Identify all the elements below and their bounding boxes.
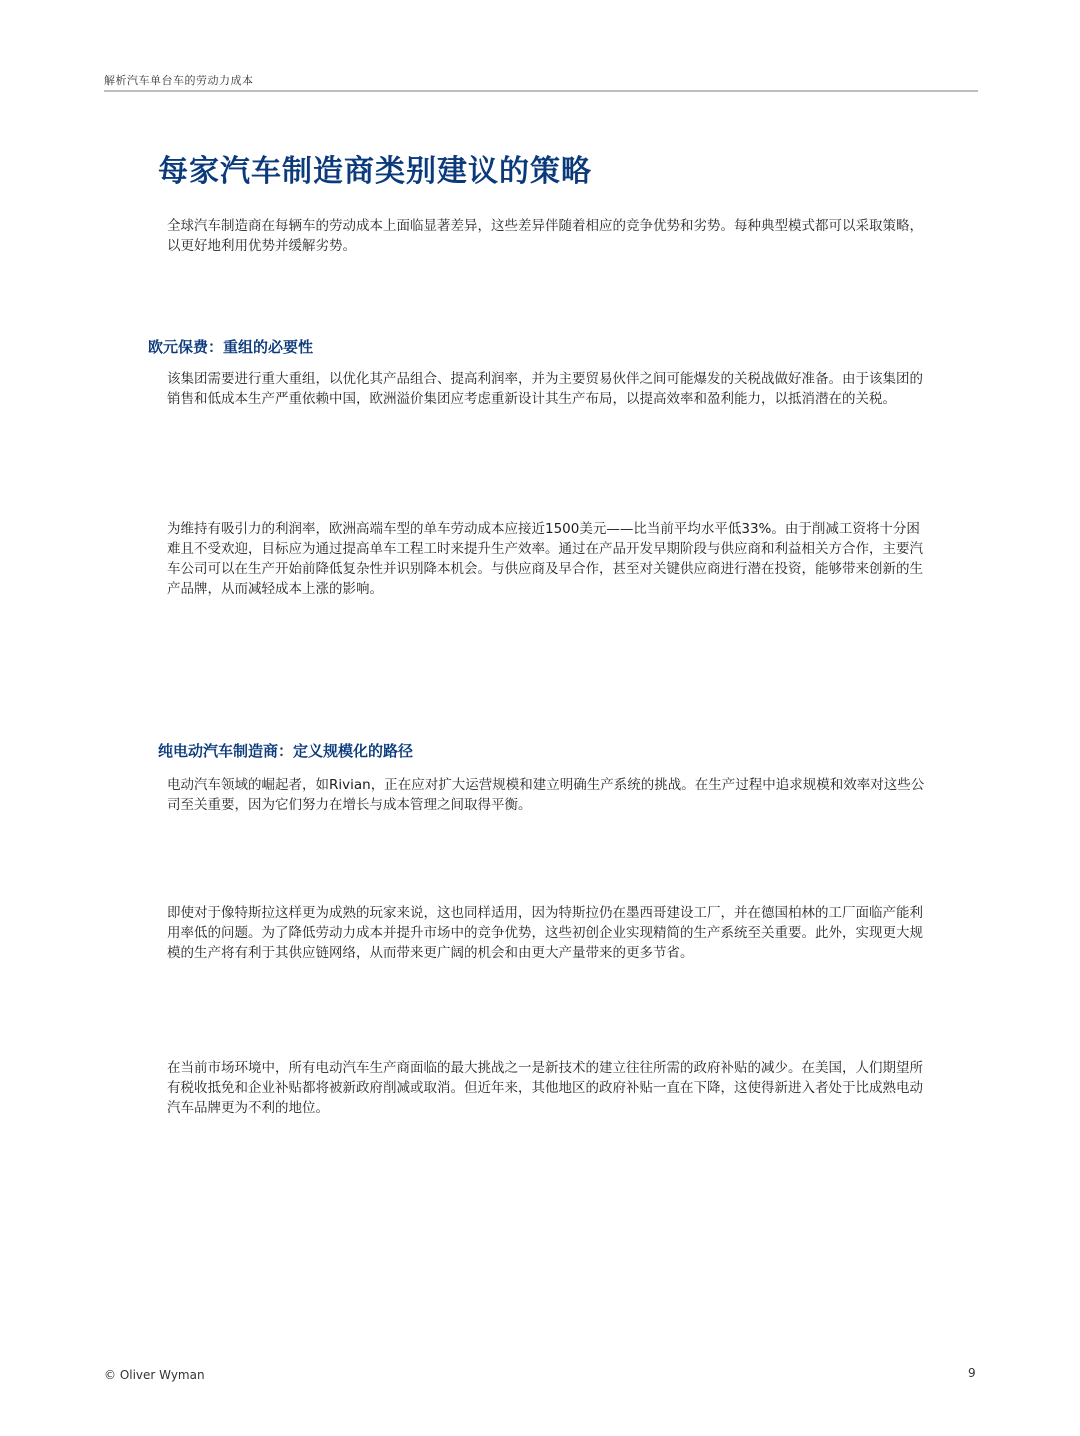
section-heading-euro-premium: 欧元保费：重组的必要性 xyxy=(148,336,313,357)
section-2-paragraph-3: 在当前市场环境中，所有电动汽车生产商面临的最大挑战之一是新技术的建立往往所需的政… xyxy=(167,1058,927,1118)
section-1-paragraph-1: 该集团需要进行重大重组，以优化其产品组合、提高利润率，并为主要贸易伙伴之间可能爆… xyxy=(167,369,927,409)
section-2-paragraph-2: 即使对于像特斯拉这样更为成熟的玩家来说，这也同样适用，因为特斯拉仍在墨西哥建设工… xyxy=(167,903,927,963)
section-1-paragraph-2: 为维持有吸引力的利润率，欧洲高端车型的单车劳动成本应接近1500美元——比当前平… xyxy=(167,519,927,599)
intro-paragraph: 全球汽车制造商在每辆车的劳动成本上面临显著差异，这些差异伴随着相应的竞争优势和劣… xyxy=(167,216,927,256)
running-header: 解析汽车单台车的劳动力成本 xyxy=(104,72,254,88)
header-divider xyxy=(104,90,978,92)
page-title: 每家汽车制造商类别建议的策略 xyxy=(158,146,592,190)
section-heading-pure-ev: 纯电动汽车制造商：定义规模化的路径 xyxy=(158,740,413,761)
section-2-paragraph-1: 电动汽车领域的崛起者，如Rivian，正在应对扩大运营规模和建立明确生产系统的挑… xyxy=(167,775,927,815)
footer-copyright: © Oliver Wyman xyxy=(104,1368,205,1382)
page-number: 9 xyxy=(968,1366,976,1380)
